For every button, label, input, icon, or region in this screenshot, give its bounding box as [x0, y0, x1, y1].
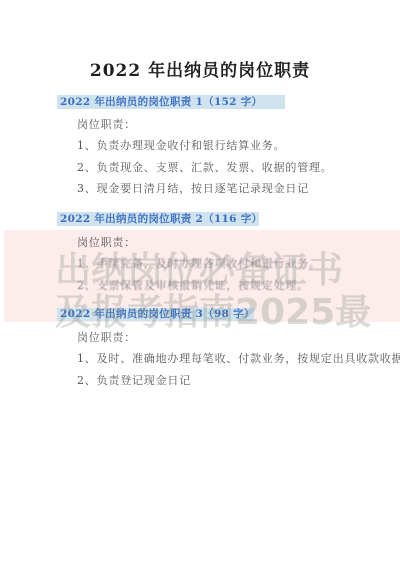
section-1-label: 岗位职责： [77, 116, 136, 132]
section-3-item-2: 2、负责登记现金日记 [77, 372, 191, 388]
section-3-item-1: 1、及时、准确地办理每笔收、付款业务，按规定出具收款收据。 [77, 350, 400, 366]
document-page: 2022 年出纳员的岗位职责 2022 年出纳员的岗位职责 1（152 字） 岗… [0, 0, 400, 566]
section-2-label: 岗位职责： [77, 234, 136, 250]
section-1-item-2: 2、负责现金、支票、汇款、发票、收据的管理。 [77, 159, 333, 175]
section-2-item-2: 2、支票保管及审核报销凭证，按规定处理。 [77, 277, 309, 293]
section-2-item-1: 1、手续完备，及时办理各项收付和银行业务。 [77, 255, 321, 271]
section-3-label: 岗位职责： [77, 329, 136, 345]
section-1-header: 2022 年出纳员的岗位职责 1（152 字） [57, 95, 285, 109]
section-2-header: 2022 年出纳员的岗位职责 2（116 字） [57, 212, 259, 226]
section-1-item-3: 3、现金要日清月结，按日逐笔记录现金日记 [77, 180, 309, 196]
page-title: 2022 年出纳员的岗位职责 [0, 56, 400, 81]
section-1-item-1: 1、负责办理现金收付和银行结算业务。 [77, 137, 285, 153]
section-3-header: 2022 年出纳员的岗位职责 3（98 字） [57, 308, 254, 321]
